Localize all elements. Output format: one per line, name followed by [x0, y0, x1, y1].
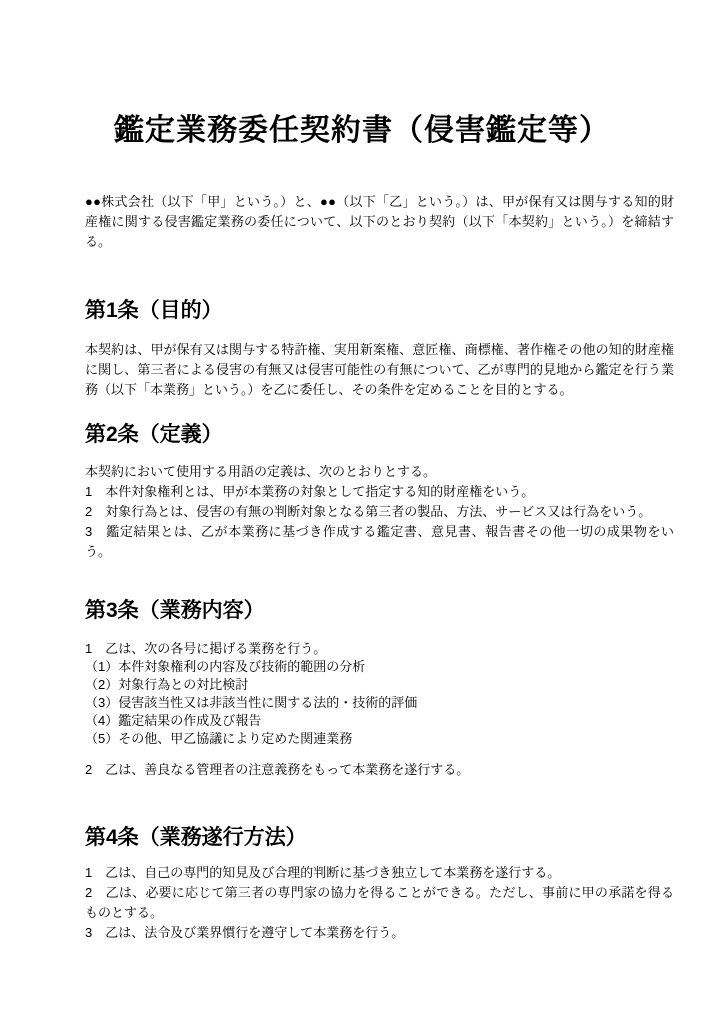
article-2-item-1: 1 本件対象権利とは、甲が本業務の対象として指定する知的財産権をいう。 — [85, 482, 674, 502]
article-1-section: 第1条（目的） 本契約は、甲が保有又は関与する特許権、実用新案権、意匠権、商標権… — [85, 298, 674, 400]
article-4-clause-3: 3 乙は、法令及び業界慣行を遵守して本業務を行う。 — [85, 923, 674, 943]
article-3-heading: 第3条（業務内容） — [85, 598, 674, 624]
article-2-section: 第2条（定義） 本契約において使用する用語の定義は、次のとおりとする。 1 本件… — [85, 422, 674, 562]
article-3-subitem-1: （1）本件対象権利の内容及び技術的範囲の分析 — [85, 658, 674, 676]
article-4-clause-2: 2 乙は、必要に応じて第三者の専門家の協力を得ることができる。ただし、事前に甲の… — [85, 883, 674, 923]
article-3-subitem-2: （2）対象行為との対比検討 — [85, 676, 674, 694]
article-4-section: 第4条（業務遂行方法） 1 乙は、自己の専門的知見及び合理的判断に基づき独立して… — [85, 825, 674, 943]
article-3-subitem-4: （4）鑑定結果の作成及び報告 — [85, 712, 674, 730]
article-3-subitem-3: （3）侵害該当性又は非該当性に関する法的・技術的評価 — [85, 694, 674, 712]
article-3-clause-1: 1 乙は、次の各号に掲げる業務を行う。 — [85, 640, 674, 658]
article-4-clause-1: 1 乙は、自己の専門的知見及び合理的判断に基づき独立して本業務を遂行する。 — [85, 863, 674, 883]
article-1-body: 本契約は、甲が保有又は関与する特許権、実用新案権、意匠権、商標権、著作権その他の… — [85, 340, 674, 400]
document-page: 鑑定業務委任契約書（侵害鑑定等） ●●株式会社（以下「甲」という。）と、●●（以… — [0, 0, 724, 1024]
article-1-heading: 第1条（目的） — [85, 298, 674, 324]
preamble-paragraph: ●●株式会社（以下「甲」という。）と、●●（以下「乙」という。）は、甲が保有又は… — [85, 192, 674, 252]
article-4-body: 1 乙は、自己の専門的知見及び合理的判断に基づき独立して本業務を遂行する。 2 … — [85, 863, 674, 943]
document-title: 鑑定業務委任契約書（侵害鑑定等） — [50, 112, 674, 150]
article-3-section: 第3条（業務内容） 1 乙は、次の各号に掲げる業務を行う。 （1）本件対象権利の… — [85, 598, 674, 780]
article-2-item-3: 3 鑑定結果とは、乙が本業務に基づき作成する鑑定書、意見書、報告書その他一切の成… — [85, 522, 674, 562]
article-2-lead: 本契約において使用する用語の定義は、次のとおりとする。 — [85, 462, 674, 482]
article-4-heading: 第4条（業務遂行方法） — [85, 825, 674, 851]
article-1-paragraph: 本契約は、甲が保有又は関与する特許権、実用新案権、意匠権、商標権、著作権その他の… — [85, 340, 674, 400]
article-2-heading: 第2条（定義） — [85, 422, 674, 448]
article-2-body: 本契約において使用する用語の定義は、次のとおりとする。 1 本件対象権利とは、甲… — [85, 462, 674, 562]
article-3-clause-2: 2 乙は、善良なる管理者の注意義務をもって本業務を遂行する。 — [85, 760, 674, 780]
article-2-item-2: 2 対象行為とは、侵害の有無の判断対象となる第三者の製品、方法、サービス又は行為… — [85, 502, 674, 522]
article-3-body: 1 乙は、次の各号に掲げる業務を行う。 （1）本件対象権利の内容及び技術的範囲の… — [85, 640, 674, 780]
article-3-subitem-5: （5）その他、甲乙協議により定めた関連業務 — [85, 730, 674, 748]
